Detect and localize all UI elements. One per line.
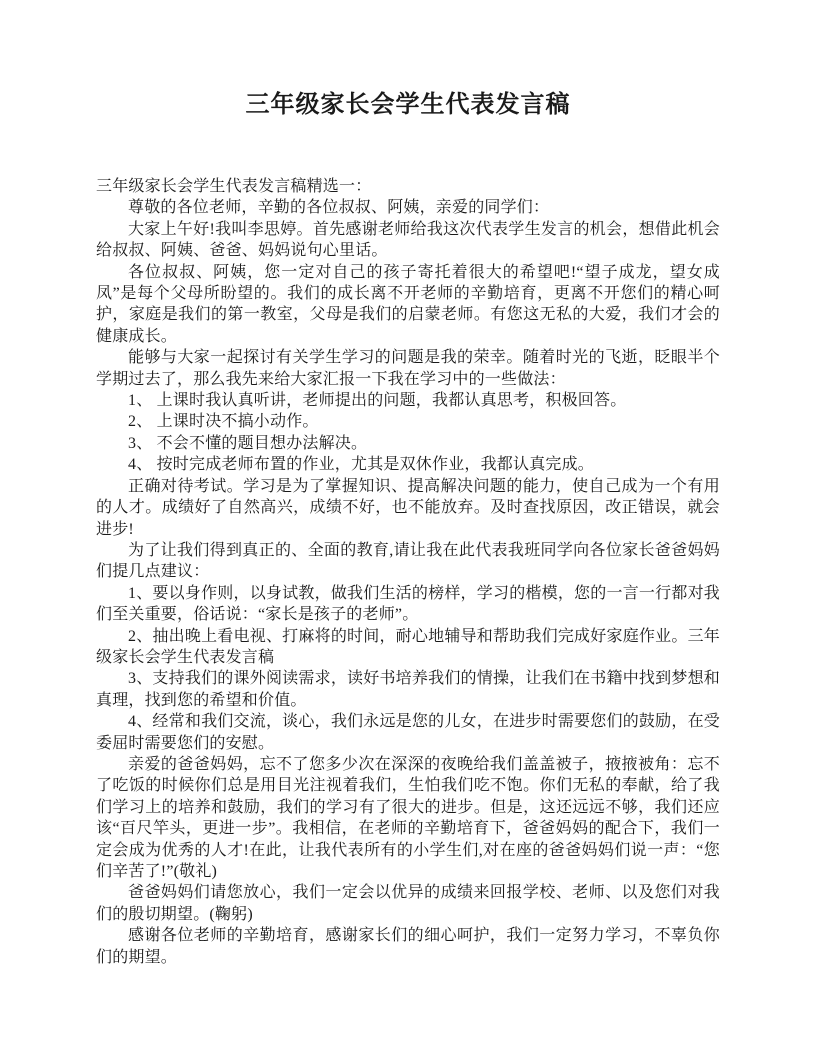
paragraph: 三年级家长会学生代表发言稿精选一：	[96, 176, 720, 197]
paragraph: 3、 不会不懂的题目想办法解决。	[96, 433, 720, 454]
paragraph: 4、经常和我们交流，谈心，我们永远是您的儿女，在进步时需要您们的鼓励，在受委屈时…	[96, 711, 720, 754]
paragraph: 3、支持我们的课外阅读需求，读好书培养我们的情操，让我们在书籍中找到梦想和真理，…	[96, 668, 720, 711]
paragraph: 4、 按时完成老师布置的作业，尤其是双休作业，我都认真完成。	[96, 454, 720, 475]
paragraph: 各位叔叔、阿姨，您一定对自己的孩子寄托着很大的希望吧!“望子成龙，望女成凤”是每…	[96, 262, 720, 348]
document-title: 三年级家长会学生代表发言稿	[0, 0, 816, 122]
paragraph: 爸爸妈妈们请您放心，我们一定会以优异的成绩来回报学校、老师、以及您们对我们的殷切…	[96, 882, 720, 925]
paragraph: 尊敬的各位老师，辛勤的各位叔叔、阿姨，亲爱的同学们：	[96, 197, 720, 218]
paragraph: 大家上午好!我叫李思婷。首先感谢老师给我这次代表学生发言的机会，想借此机会给叔叔…	[96, 219, 720, 262]
paragraph: 为了让我们得到真正的、全面的教育,请让我在此代表我班同学向各位家长爸爸妈妈们提几…	[96, 540, 720, 583]
paragraph: 1、要以身作则，以身试教，做我们生活的榜样，学习的楷模，您的一言一行都对我们至关…	[96, 583, 720, 626]
paragraph: 正确对待考试。学习是为了掌握知识、提高解决问题的能力，使自己成为一个有用的人才。…	[96, 476, 720, 540]
paragraph: 2、抽出晚上看电视、打麻将的时间，耐心地辅导和帮助我们完成好家庭作业。三年级家长…	[96, 626, 720, 669]
paragraph: 感谢各位老师的辛勤培育，感谢家长们的细心呵护，我们一定努力学习，不辜负你们的期望…	[96, 925, 720, 968]
paragraph: 亲爱的爸爸妈妈，忘不了您多少次在深深的夜晚给我们盖盖被子，掖掖被角：忘不了吃饭的…	[96, 754, 720, 882]
paragraph: 2、 上课时决不搞小动作。	[96, 411, 720, 432]
paragraph: 1、 上课时我认真听讲，老师提出的问题，我都认真思考，积极回答。	[96, 390, 720, 411]
document-body: 三年级家长会学生代表发言稿精选一：尊敬的各位老师，辛勤的各位叔叔、阿姨，亲爱的同…	[96, 176, 720, 968]
paragraph: 能够与大家一起探讨有关学生学习的问题是我的荣幸。随着时光的飞逝，眨眼半个学期过去…	[96, 347, 720, 390]
document-page: 三年级家长会学生代表发言稿 三年级家长会学生代表发言稿精选一：尊敬的各位老师，辛…	[0, 0, 816, 1056]
